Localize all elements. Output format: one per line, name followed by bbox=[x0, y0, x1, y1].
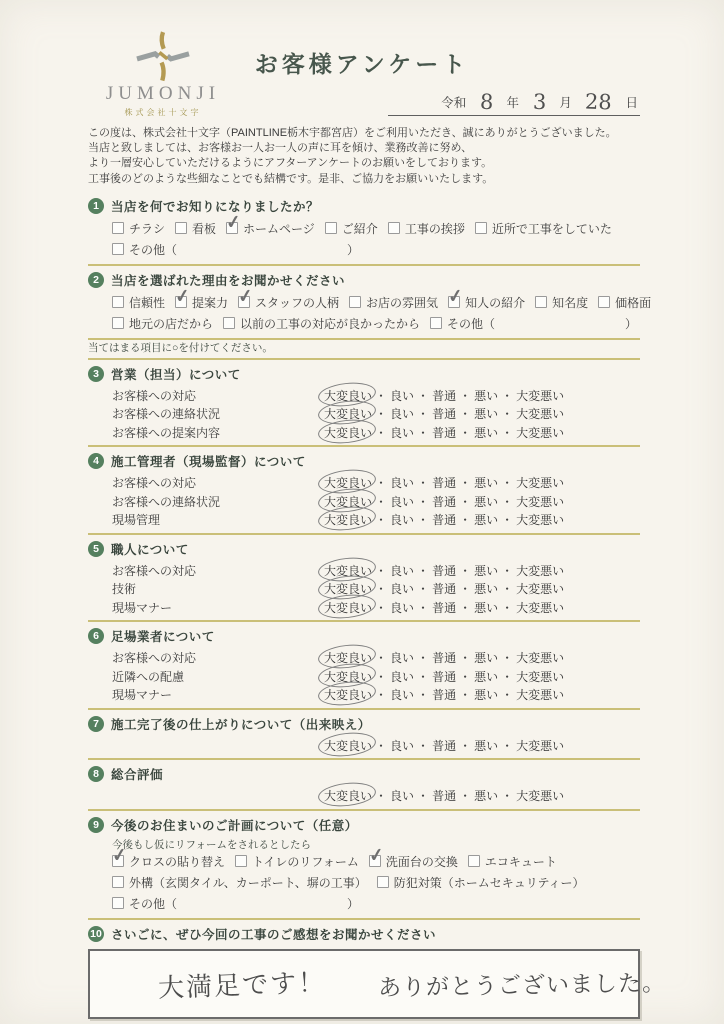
question-header: 7施工完了後の仕上がりについて（出来映え） bbox=[88, 715, 640, 733]
question-number-badge: 7 bbox=[88, 716, 104, 732]
checkbox-option: ご紹介 bbox=[325, 220, 378, 237]
rating-scale: 大変良い・良い・普通・悪い・大変悪い bbox=[324, 737, 564, 754]
rating-item-label: お客様への連絡状況 bbox=[112, 405, 324, 422]
scale-separator: ・ bbox=[501, 688, 513, 702]
question-number-badge: 1 bbox=[88, 198, 104, 214]
rating-option: 普通 bbox=[432, 649, 456, 666]
question-number-badge: 2 bbox=[88, 272, 104, 288]
checkbox-label: クロスの貼り替え bbox=[129, 853, 225, 870]
circled-rating-option: 大変良い bbox=[324, 493, 372, 510]
question-number-badge: 5 bbox=[88, 541, 104, 557]
checkbox-label: エコキュート bbox=[485, 853, 557, 870]
checkbox-label: 防犯対策（ホームセキュリティー） bbox=[394, 874, 585, 891]
rating-row: 現場マナー大変良い・良い・普通・悪い・大変悪い bbox=[88, 598, 640, 617]
scale-separator: ・ bbox=[375, 426, 387, 440]
checkbox-option: ✓洗面台の交換 bbox=[369, 853, 458, 870]
scale-separator: ・ bbox=[375, 389, 387, 403]
rating-scale: 大変良い・良い・普通・悪い・大変悪い bbox=[324, 424, 564, 441]
rating-option: 普通 bbox=[432, 737, 456, 754]
question-title: 当店を選ばれた理由をお聞かせください bbox=[111, 271, 345, 289]
scale-separator: ・ bbox=[459, 670, 471, 684]
rating-option: 良い bbox=[390, 649, 414, 666]
question-7: 7施工完了後の仕上がりについて（出来映え）大変良い・良い・普通・悪い・大変悪い bbox=[88, 713, 640, 755]
paren-close: ） bbox=[625, 315, 637, 332]
scale-separator: ・ bbox=[375, 670, 387, 684]
question-header: 6足場業者について bbox=[88, 627, 640, 645]
rating-option: 良い bbox=[390, 737, 414, 754]
rating-option: 大変悪い bbox=[516, 511, 564, 528]
question-4: 4施工管理者（現場監督）についてお客様への対応大変良い・良い・普通・悪い・大変悪… bbox=[88, 450, 640, 529]
section-divider bbox=[88, 533, 640, 535]
rating-option: 普通 bbox=[432, 562, 456, 579]
checkmark-icon: ✓ bbox=[225, 212, 242, 232]
scale-separator: ・ bbox=[417, 670, 429, 684]
question-5: 5職人についてお客様への対応大変良い・良い・普通・悪い・大変悪い技術大変良い・良… bbox=[88, 538, 640, 617]
scale-separator: ・ bbox=[375, 601, 387, 615]
rating-option: 大変悪い bbox=[516, 787, 564, 804]
checkbox-label: 地元の店だから bbox=[129, 315, 213, 332]
checkbox-option: 防犯対策（ホームセキュリティー） bbox=[377, 874, 585, 891]
checkbox: ✓ bbox=[226, 222, 238, 234]
paren-close: ） bbox=[347, 895, 359, 912]
checkbox-label: スタッフの人柄 bbox=[255, 294, 339, 311]
question-1: 1当店を何でお知りになりましたか？チラシ看板✓ホームページご紹介工事の挨拶近所で… bbox=[88, 195, 640, 260]
day-suffix: 日 bbox=[625, 96, 638, 110]
question-title: 足場業者について bbox=[111, 627, 215, 645]
month-suffix: 月 bbox=[559, 96, 572, 110]
circled-rating-option: 大変良い bbox=[324, 511, 372, 528]
rating-scale: 大変良い・良い・普通・悪い・大変悪い bbox=[324, 580, 564, 597]
rating-scale: 大変良い・良い・普通・悪い・大変悪い bbox=[324, 387, 564, 404]
rating-row: お客様への対応大変良い・良い・普通・悪い・大変悪い bbox=[88, 648, 640, 667]
checkbox-label: チラシ bbox=[129, 220, 165, 237]
checkbox-option: 工事の挨拶 bbox=[388, 220, 465, 237]
rating-row: 技術大変良い・良い・普通・悪い・大変悪い bbox=[88, 579, 640, 598]
checkbox-option: 価格面 bbox=[598, 294, 651, 311]
checkbox: ✓ bbox=[175, 296, 187, 308]
scale-separator: ・ bbox=[501, 426, 513, 440]
rating-row: お客様への対応大変良い・良い・普通・悪い・大変悪い bbox=[88, 561, 640, 580]
checkbox bbox=[377, 876, 389, 888]
rating-scale: 大変良い・良い・普通・悪い・大変悪い bbox=[324, 562, 564, 579]
circled-rating-option: 大変良い bbox=[324, 474, 372, 491]
question-subtitle: 今後もし仮にリフォームをされるとしたら bbox=[88, 837, 640, 851]
logo-subtitle: 株式会社十文字 bbox=[96, 107, 230, 118]
scale-separator: ・ bbox=[459, 601, 471, 615]
rating-option: 良い bbox=[390, 599, 414, 616]
checkbox-row: ✓クロスの貼り替えトイレのリフォーム✓洗面台の交換エコキュート bbox=[88, 851, 640, 872]
section-divider bbox=[88, 758, 640, 760]
rating-option: 良い bbox=[390, 580, 414, 597]
scale-separator: ・ bbox=[501, 495, 513, 509]
scale-separator: ・ bbox=[417, 513, 429, 527]
scale-separator: ・ bbox=[375, 564, 387, 578]
scale-separator: ・ bbox=[501, 651, 513, 665]
rating-option: 良い bbox=[390, 474, 414, 491]
question-8: 8総合評価大変良い・良い・普通・悪い・大変悪い bbox=[88, 763, 640, 805]
question-header: 1当店を何でお知りになりましたか？ bbox=[88, 197, 640, 215]
rating-item-label: お客様への対応 bbox=[112, 649, 324, 666]
rating-item-label: 現場管理 bbox=[112, 511, 324, 528]
checkbox-option: 以前の工事の対応が良かったから bbox=[223, 315, 420, 332]
checkbox bbox=[223, 317, 235, 329]
circled-rating-option: 大変良い bbox=[324, 580, 372, 597]
question-2: 2当店を選ばれた理由をお聞かせください信頼性✓提案力✓スタッフの人柄お店の雰囲気… bbox=[88, 269, 640, 334]
checkbox-label: お店の雰囲気 bbox=[366, 294, 438, 311]
rating-scale: 大変良い・良い・普通・悪い・大変悪い bbox=[324, 474, 564, 491]
section-divider bbox=[88, 708, 640, 710]
scale-separator: ・ bbox=[417, 582, 429, 596]
question-title: 職人について bbox=[111, 540, 189, 558]
scale-separator: ・ bbox=[459, 739, 471, 753]
rating-item-label: お客様への連絡状況 bbox=[112, 493, 324, 510]
logo: JUMONJI 株式会社十文字 bbox=[96, 30, 230, 118]
question-title: 施工管理者（現場監督）について bbox=[111, 452, 306, 470]
scale-separator: ・ bbox=[375, 495, 387, 509]
question-header: 8総合評価 bbox=[88, 765, 640, 783]
rating-item-label: 現場マナー bbox=[112, 599, 324, 616]
rating-option: 普通 bbox=[432, 668, 456, 685]
scale-separator: ・ bbox=[417, 688, 429, 702]
scale-separator: ・ bbox=[459, 789, 471, 803]
handwritten-day: 28 bbox=[585, 90, 613, 115]
checkbox bbox=[112, 296, 124, 308]
question-title: 総合評価 bbox=[111, 765, 163, 783]
scale-separator: ・ bbox=[417, 601, 429, 615]
checkbox-label: 看板 bbox=[192, 220, 216, 237]
checkbox-option: トイレのリフォーム bbox=[235, 853, 359, 870]
question-3: 3営業（担当）についてお客様への対応大変良い・良い・普通・悪い・大変悪いお客様へ… bbox=[88, 363, 640, 442]
scale-separator: ・ bbox=[459, 426, 471, 440]
scale-separator: ・ bbox=[459, 513, 471, 527]
question-number-badge: 9 bbox=[88, 817, 104, 833]
rating-item-label: 技術 bbox=[112, 580, 324, 597]
question-header: 3営業（担当）について bbox=[88, 365, 640, 383]
checkbox bbox=[535, 296, 547, 308]
checkbox-label: その他（ bbox=[129, 895, 177, 912]
rating-option: 大変悪い bbox=[516, 737, 564, 754]
rating-option: 大変悪い bbox=[516, 668, 564, 685]
question-title: 営業（担当）について bbox=[111, 365, 241, 383]
scale-separator: ・ bbox=[375, 688, 387, 702]
checkbox bbox=[430, 317, 442, 329]
rating-option: 悪い bbox=[474, 424, 498, 441]
question-header: 4施工管理者（現場監督）について bbox=[88, 452, 640, 470]
instruction-note: 当てはまる項目に○を付けてください。 bbox=[88, 343, 640, 354]
rating-scale: 大変良い・良い・普通・悪い・大変悪い bbox=[324, 649, 564, 666]
checkbox-label: ご紹介 bbox=[342, 220, 378, 237]
rating-option: 悪い bbox=[474, 493, 498, 510]
checkbox-option: ✓スタッフの人柄 bbox=[238, 294, 339, 311]
rating-row: 現場マナー大変良い・良い・普通・悪い・大変悪い bbox=[88, 685, 640, 704]
rating-option: 悪い bbox=[474, 474, 498, 491]
checkmark-icon: ✓ bbox=[174, 286, 191, 306]
scale-separator: ・ bbox=[459, 407, 471, 421]
scale-separator: ・ bbox=[417, 564, 429, 578]
question-6: 6足場業者についてお客様への対応大変良い・良い・普通・悪い・大変悪い近隣への配慮… bbox=[88, 625, 640, 704]
checkbox-option: ✓ホームページ bbox=[226, 220, 315, 237]
rating-option: 良い bbox=[390, 424, 414, 441]
question-header: 2当店を選ばれた理由をお聞かせください bbox=[88, 271, 640, 289]
intro-line: この度は、株式会社十文字（PAINTLINE栃木宇都宮店）をご利用いただき、誠に… bbox=[88, 126, 640, 141]
rating-option: 悪い bbox=[474, 668, 498, 685]
checkbox bbox=[175, 222, 187, 234]
question-title: 今後のお住まいのご計画について（任意） bbox=[111, 816, 358, 834]
scale-separator: ・ bbox=[375, 582, 387, 596]
rating-item-label: 現場マナー bbox=[112, 686, 324, 703]
checkbox bbox=[349, 296, 361, 308]
rating-option: 普通 bbox=[432, 387, 456, 404]
checkmark-icon: ✓ bbox=[111, 845, 128, 865]
checkbox-option: ✓クロスの貼り替え bbox=[112, 853, 225, 870]
question-number-badge: 4 bbox=[88, 453, 104, 469]
scale-separator: ・ bbox=[417, 389, 429, 403]
checkbox-option: チラシ bbox=[112, 220, 165, 237]
scale-separator: ・ bbox=[459, 476, 471, 490]
checkbox: ✓ bbox=[112, 855, 124, 867]
circled-rating-option: 大変良い bbox=[324, 599, 372, 616]
checkbox-label: 価格面 bbox=[615, 294, 651, 311]
checkbox bbox=[475, 222, 487, 234]
circled-rating-option: 大変良い bbox=[324, 649, 372, 666]
rating-option: 良い bbox=[390, 668, 414, 685]
checkbox-row: 地元の店だから以前の工事の対応が良かったからその他（） bbox=[88, 313, 640, 334]
question-header: 5職人について bbox=[88, 540, 640, 558]
rating-row: お客様への対応大変良い・良い・普通・悪い・大変悪い bbox=[88, 386, 640, 405]
question-number-badge: 3 bbox=[88, 366, 104, 382]
scale-separator: ・ bbox=[459, 564, 471, 578]
scale-separator: ・ bbox=[501, 564, 513, 578]
checkbox-option: 近所で工事をしていた bbox=[475, 220, 612, 237]
rating-option: 普通 bbox=[432, 424, 456, 441]
scale-separator: ・ bbox=[375, 476, 387, 490]
circled-rating-option: 大変良い bbox=[324, 787, 372, 804]
section-divider bbox=[88, 445, 640, 447]
rating-row: お客様への対応大変良い・良い・普通・悪い・大変悪い bbox=[88, 473, 640, 492]
rating-option: 普通 bbox=[432, 787, 456, 804]
rating-option: 普通 bbox=[432, 511, 456, 528]
date-line: 令和 8 年 3 月 28 日 bbox=[388, 88, 640, 116]
question-10: 10さいごに、ぜひ今回の工事のご感想をお聞かせください大満足です！ありがとうござ… bbox=[88, 923, 640, 1019]
scale-separator: ・ bbox=[459, 389, 471, 403]
handwritten-comment: 大満足です！ bbox=[157, 962, 326, 1005]
question-number-badge: 6 bbox=[88, 628, 104, 644]
rating-row: 大変良い・良い・普通・悪い・大変悪い bbox=[88, 786, 640, 805]
checkbox: ✓ bbox=[448, 296, 460, 308]
checkmark-icon: ✓ bbox=[368, 845, 385, 865]
scale-separator: ・ bbox=[375, 513, 387, 527]
scale-separator: ・ bbox=[501, 476, 513, 490]
rating-option: 悪い bbox=[474, 511, 498, 528]
section-divider bbox=[88, 620, 640, 622]
circled-rating-option: 大変良い bbox=[324, 737, 372, 754]
circled-rating-option: 大変良い bbox=[324, 387, 372, 404]
checkbox-row: その他（） bbox=[88, 239, 640, 260]
intro-line: 工事後のどのような些細なことでも結構です。是非、ご協力をお願いいたします。 bbox=[88, 172, 640, 187]
intro-line: より一層安心していただけるようにアフターアンケートのお願いをしております。 bbox=[88, 156, 640, 171]
rating-row: 近隣への配慮大変良い・良い・普通・悪い・大変悪い bbox=[88, 667, 640, 686]
rating-row: お客様への連絡状況大変良い・良い・普通・悪い・大変悪い bbox=[88, 404, 640, 423]
rating-scale: 大変良い・良い・普通・悪い・大変悪い bbox=[324, 668, 564, 685]
rating-option: 大変悪い bbox=[516, 405, 564, 422]
rating-option: 大変悪い bbox=[516, 580, 564, 597]
checkbox: ✓ bbox=[369, 855, 381, 867]
rating-option: 悪い bbox=[474, 562, 498, 579]
checkbox-label: ホームページ bbox=[243, 220, 315, 237]
scale-separator: ・ bbox=[375, 651, 387, 665]
rating-item-label: お客様への対応 bbox=[112, 562, 324, 579]
checkbox-option: 信頼性 bbox=[112, 294, 165, 311]
rating-row: お客様への連絡状況大変良い・良い・普通・悪い・大変悪い bbox=[88, 492, 640, 511]
rating-item-label: 近隣への配慮 bbox=[112, 668, 324, 685]
rating-scale: 大変良い・良い・普通・悪い・大変悪い bbox=[324, 599, 564, 616]
rating-option: 大変悪い bbox=[516, 686, 564, 703]
scale-separator: ・ bbox=[459, 688, 471, 702]
rating-option: 悪い bbox=[474, 737, 498, 754]
checkbox-label: 信頼性 bbox=[129, 294, 165, 311]
rating-option: 普通 bbox=[432, 580, 456, 597]
rating-option: 良い bbox=[390, 493, 414, 510]
rating-option: 大変悪い bbox=[516, 562, 564, 579]
checkbox-option: 看板 bbox=[175, 220, 216, 237]
rating-option: 悪い bbox=[474, 599, 498, 616]
checkbox bbox=[112, 317, 124, 329]
checkbox-option: 知名度 bbox=[535, 294, 588, 311]
scale-separator: ・ bbox=[375, 739, 387, 753]
scale-separator: ・ bbox=[375, 407, 387, 421]
section-divider bbox=[88, 809, 640, 811]
checkbox-option: お店の雰囲気 bbox=[349, 294, 438, 311]
rating-option: 悪い bbox=[474, 649, 498, 666]
checkmark-icon: ✓ bbox=[447, 286, 464, 306]
checkbox-option: 外構（玄関タイル、カーポート、塀の工事） bbox=[112, 874, 367, 891]
checkmark-icon: ✓ bbox=[237, 286, 254, 306]
rating-option: 悪い bbox=[474, 580, 498, 597]
checkbox bbox=[325, 222, 337, 234]
header: JUMONJI 株式会社十文字 お客様アンケート 令和 8 年 3 月 28 日 bbox=[0, 28, 724, 128]
checkbox bbox=[235, 855, 247, 867]
checkbox-label: 外構（玄関タイル、カーポート、塀の工事） bbox=[129, 874, 367, 891]
question-title: さいごに、ぜひ今回の工事のご感想をお聞かせください bbox=[111, 925, 436, 943]
checkbox bbox=[112, 243, 124, 255]
scale-separator: ・ bbox=[501, 389, 513, 403]
comment-box: 大満足です！ありがとうございました。 bbox=[88, 949, 640, 1019]
handwritten-comment: ありがとうございました。 bbox=[378, 965, 667, 1003]
year-suffix: 年 bbox=[507, 96, 520, 110]
checkbox-row: チラシ看板✓ホームページご紹介工事の挨拶近所で工事をしていた bbox=[88, 218, 640, 239]
checkbox bbox=[112, 876, 124, 888]
survey-page: JUMONJI 株式会社十文字 お客様アンケート 令和 8 年 3 月 28 日… bbox=[0, 0, 724, 1024]
rating-option: 悪い bbox=[474, 387, 498, 404]
rating-option: 大変悪い bbox=[516, 387, 564, 404]
scale-separator: ・ bbox=[417, 407, 429, 421]
checkbox-label: 提案力 bbox=[192, 294, 228, 311]
rating-option: 良い bbox=[390, 686, 414, 703]
intro-line: 当店と致しましては、お客様お一人お一人の声に耳を傾け、業務改善に努め、 bbox=[88, 141, 640, 156]
question-title: 当店を何でお知りになりましたか？ bbox=[111, 197, 319, 215]
rating-option: 良い bbox=[390, 787, 414, 804]
circled-rating-option: 大変良い bbox=[324, 668, 372, 685]
paren-close: ） bbox=[347, 241, 359, 258]
scale-separator: ・ bbox=[501, 601, 513, 615]
checkbox-option: エコキュート bbox=[468, 853, 557, 870]
rating-option: 大変悪い bbox=[516, 424, 564, 441]
checkbox: ✓ bbox=[238, 296, 250, 308]
rating-option: 大変悪い bbox=[516, 493, 564, 510]
checkbox-row: 信頼性✓提案力✓スタッフの人柄お店の雰囲気✓知人の紹介知名度価格面 bbox=[88, 292, 640, 313]
scale-separator: ・ bbox=[417, 651, 429, 665]
scale-separator: ・ bbox=[501, 789, 513, 803]
question-header: 9今後のお住まいのご計画について（任意） bbox=[88, 816, 640, 834]
section-divider bbox=[88, 264, 640, 266]
checkbox-label: トイレのリフォーム bbox=[252, 853, 359, 870]
logo-name: JUMONJI bbox=[96, 83, 230, 105]
checkbox-label: その他（ bbox=[129, 241, 177, 258]
rating-option: 良い bbox=[390, 562, 414, 579]
scale-separator: ・ bbox=[417, 789, 429, 803]
rating-option: 悪い bbox=[474, 405, 498, 422]
checkbox-option: ✓知人の紹介 bbox=[448, 294, 525, 311]
checkbox bbox=[112, 897, 124, 909]
rating-scale: 大変良い・良い・普通・悪い・大変悪い bbox=[324, 686, 564, 703]
rating-row: 大変良い・良い・普通・悪い・大変悪い bbox=[88, 736, 640, 755]
question-9: 9今後のお住まいのご計画について（任意）今後もし仮にリフォームをされるとしたら✓… bbox=[88, 814, 640, 914]
questions: 1当店を何でお知りになりましたか？チラシ看板✓ホームページご紹介工事の挨拶近所で… bbox=[88, 195, 640, 1019]
rating-option: 普通 bbox=[432, 686, 456, 703]
rating-item-label: お客様への対応 bbox=[112, 474, 324, 491]
checkbox-row: その他（） bbox=[88, 893, 640, 914]
rating-item-label: お客様への提案内容 bbox=[112, 424, 324, 441]
intro-paragraph: この度は、株式会社十文字（PAINTLINE栃木宇都宮店）をご利用いただき、誠に… bbox=[88, 126, 640, 187]
rating-scale: 大変良い・良い・普通・悪い・大変悪い bbox=[324, 787, 564, 804]
rating-row: お客様への提案内容大変良い・良い・普通・悪い・大変悪い bbox=[88, 423, 640, 442]
scale-separator: ・ bbox=[459, 651, 471, 665]
scale-separator: ・ bbox=[417, 476, 429, 490]
checkbox-label: 以前の工事の対応が良かったから bbox=[240, 315, 420, 332]
checkbox bbox=[598, 296, 610, 308]
scale-separator: ・ bbox=[501, 582, 513, 596]
question-header: 10さいごに、ぜひ今回の工事のご感想をお聞かせください bbox=[88, 925, 640, 943]
rating-scale: 大変良い・良い・普通・悪い・大変悪い bbox=[324, 511, 564, 528]
scale-separator: ・ bbox=[375, 789, 387, 803]
checkbox-label: その他（ bbox=[447, 315, 495, 332]
checkbox-label: 近所で工事をしていた bbox=[492, 220, 612, 237]
handwritten-month: 3 bbox=[532, 90, 546, 114]
rating-option: 大変悪い bbox=[516, 599, 564, 616]
checkbox bbox=[112, 222, 124, 234]
checkbox bbox=[468, 855, 480, 867]
rating-option: 普通 bbox=[432, 599, 456, 616]
rating-option: 普通 bbox=[432, 474, 456, 491]
rating-option: 悪い bbox=[474, 787, 498, 804]
checkbox-row: 外構（玄関タイル、カーポート、塀の工事）防犯対策（ホームセキュリティー） bbox=[88, 872, 640, 893]
rating-option: 良い bbox=[390, 511, 414, 528]
rating-item-label: お客様への対応 bbox=[112, 387, 324, 404]
scale-separator: ・ bbox=[501, 407, 513, 421]
question-number-badge: 10 bbox=[88, 926, 104, 942]
scale-separator: ・ bbox=[501, 513, 513, 527]
circled-rating-option: 大変良い bbox=[324, 686, 372, 703]
checkbox-option: その他（） bbox=[430, 315, 637, 332]
rating-option: 普通 bbox=[432, 493, 456, 510]
question-title: 施工完了後の仕上がりについて（出来映え） bbox=[111, 715, 371, 733]
circled-rating-option: 大変良い bbox=[324, 562, 372, 579]
handwritten-year: 8 bbox=[479, 90, 493, 114]
rating-row: 現場管理大変良い・良い・普通・悪い・大変悪い bbox=[88, 510, 640, 529]
rating-option: 普通 bbox=[432, 405, 456, 422]
checkbox-label: 知人の紹介 bbox=[465, 294, 525, 311]
circled-rating-option: 大変良い bbox=[324, 405, 372, 422]
